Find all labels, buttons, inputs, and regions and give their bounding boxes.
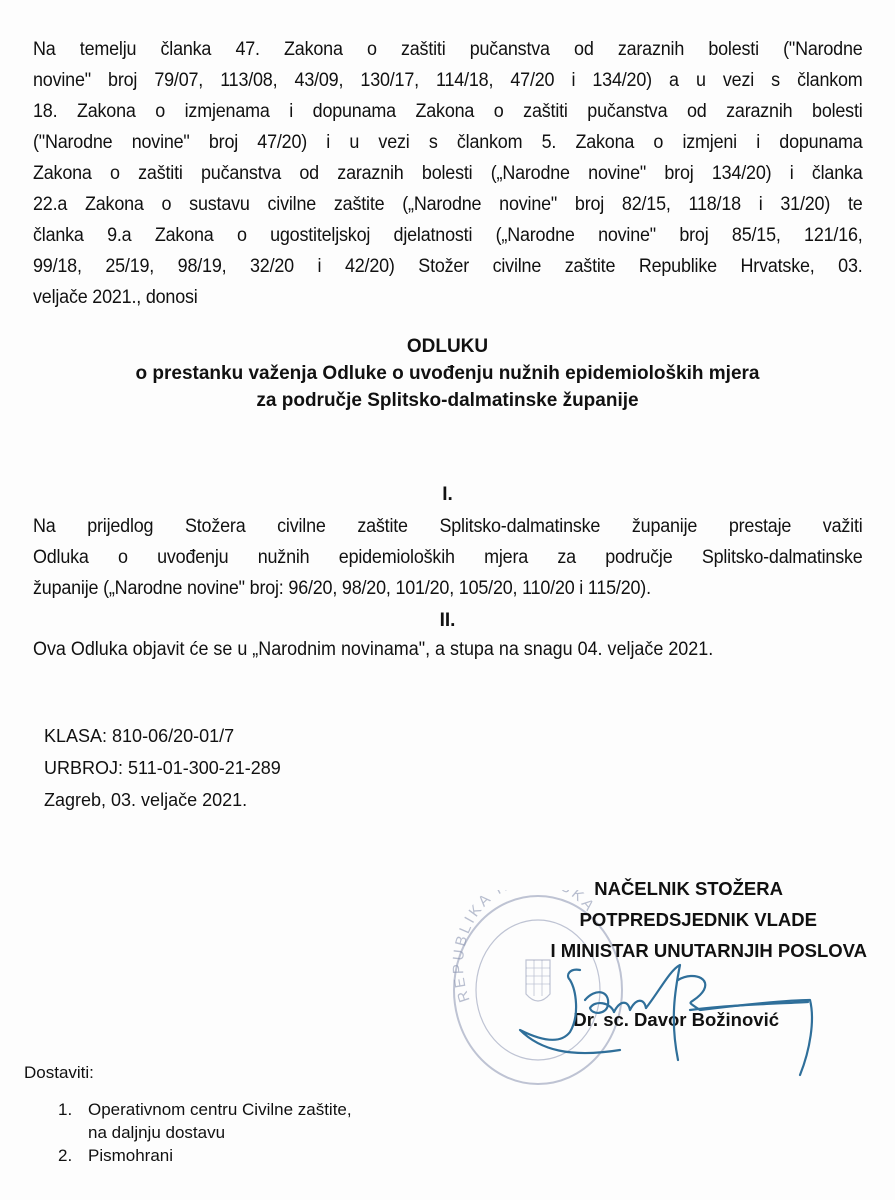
decision-subtitle-line2: za područje Splitsko-dalmatinske županij…: [0, 387, 895, 414]
article-line: Na prijedlog Stožera civilne zaštite Spl…: [33, 511, 863, 542]
delivery-list: 1. Operativnom centru Civilne zaštite, n…: [58, 1098, 352, 1167]
document-page: Na temelju članka 47. Zakona o zaštiti p…: [0, 0, 895, 1200]
delivery-item-text: Operativnom centru Civilne zaštite,: [88, 1098, 352, 1121]
urbroj-reference: URBROJ: 511-01-300-21-289: [44, 752, 281, 784]
preamble-line: Zakona o zaštiti pučanstva od zaraznih b…: [33, 158, 863, 189]
preamble-paragraph: Na temelju članka 47. Zakona o zaštiti p…: [33, 34, 863, 313]
place-and-date: Zagreb, 03. veljače 2021.: [44, 784, 281, 816]
handwritten-signature-icon: [510, 960, 830, 1080]
preamble-line: veljače 2021., donosi: [33, 282, 863, 313]
delivery-item-number: 1.: [58, 1098, 88, 1144]
signature-title-2: POTPREDSJEDNIK VLADE: [550, 904, 817, 935]
preamble-line: 99/18, 25/19, 98/19, 32/20 i 42/20) Stož…: [33, 251, 863, 282]
article-1-number: I.: [0, 484, 895, 506]
decision-heading: ODLUKU: [0, 333, 895, 360]
delivery-item: 1. Operativnom centru Civilne zaštite, n…: [58, 1098, 352, 1144]
decision-title: ODLUKU o prestanku važenja Odluke o uvođ…: [0, 333, 895, 414]
delivery-item-number: 2.: [58, 1144, 88, 1167]
preamble-line: 22.a Zakona o sustavu civilne zaštite („…: [33, 189, 863, 220]
preamble-line: 18. Zakona o izmjenama i dopunama Zakona…: [33, 96, 863, 127]
delivery-label: Dostaviti:: [24, 1063, 94, 1083]
preamble-line: ("Narodne novine" broj 47/20) i u vezi s…: [33, 127, 863, 158]
reference-block: KLASA: 810-06/20-01/7 URBROJ: 511-01-300…: [44, 720, 281, 816]
decision-subtitle-line1: o prestanku važenja Odluke o uvođenju nu…: [0, 360, 895, 387]
delivery-item: 2. Pismohrani: [58, 1144, 352, 1167]
delivery-item-text-continued: na daljnju dostavu: [88, 1121, 352, 1144]
article-2-text: Ova Odluka objavit će se u „Narodnim nov…: [33, 634, 713, 665]
article-2-number: II.: [0, 610, 895, 632]
article-1-text: Na prijedlog Stožera civilne zaštite Spl…: [33, 511, 863, 604]
article-line: županije („Narodne novine" broj: 96/20, …: [33, 573, 863, 604]
article-line: Odluka o uvođenju nužnih epidemioloških …: [33, 542, 863, 573]
signature-title-1: NAČELNIK STOŽERA: [550, 873, 783, 904]
delivery-item-text: Pismohrani: [88, 1144, 173, 1167]
preamble-line: Na temelju članka 47. Zakona o zaštiti p…: [33, 34, 863, 65]
preamble-line: novine" broj 79/07, 113/08, 43/09, 130/1…: [33, 65, 863, 96]
klasa-reference: KLASA: 810-06/20-01/7: [44, 720, 281, 752]
preamble-line: članka 9.a Zakona o ugostiteljskoj djela…: [33, 220, 863, 251]
